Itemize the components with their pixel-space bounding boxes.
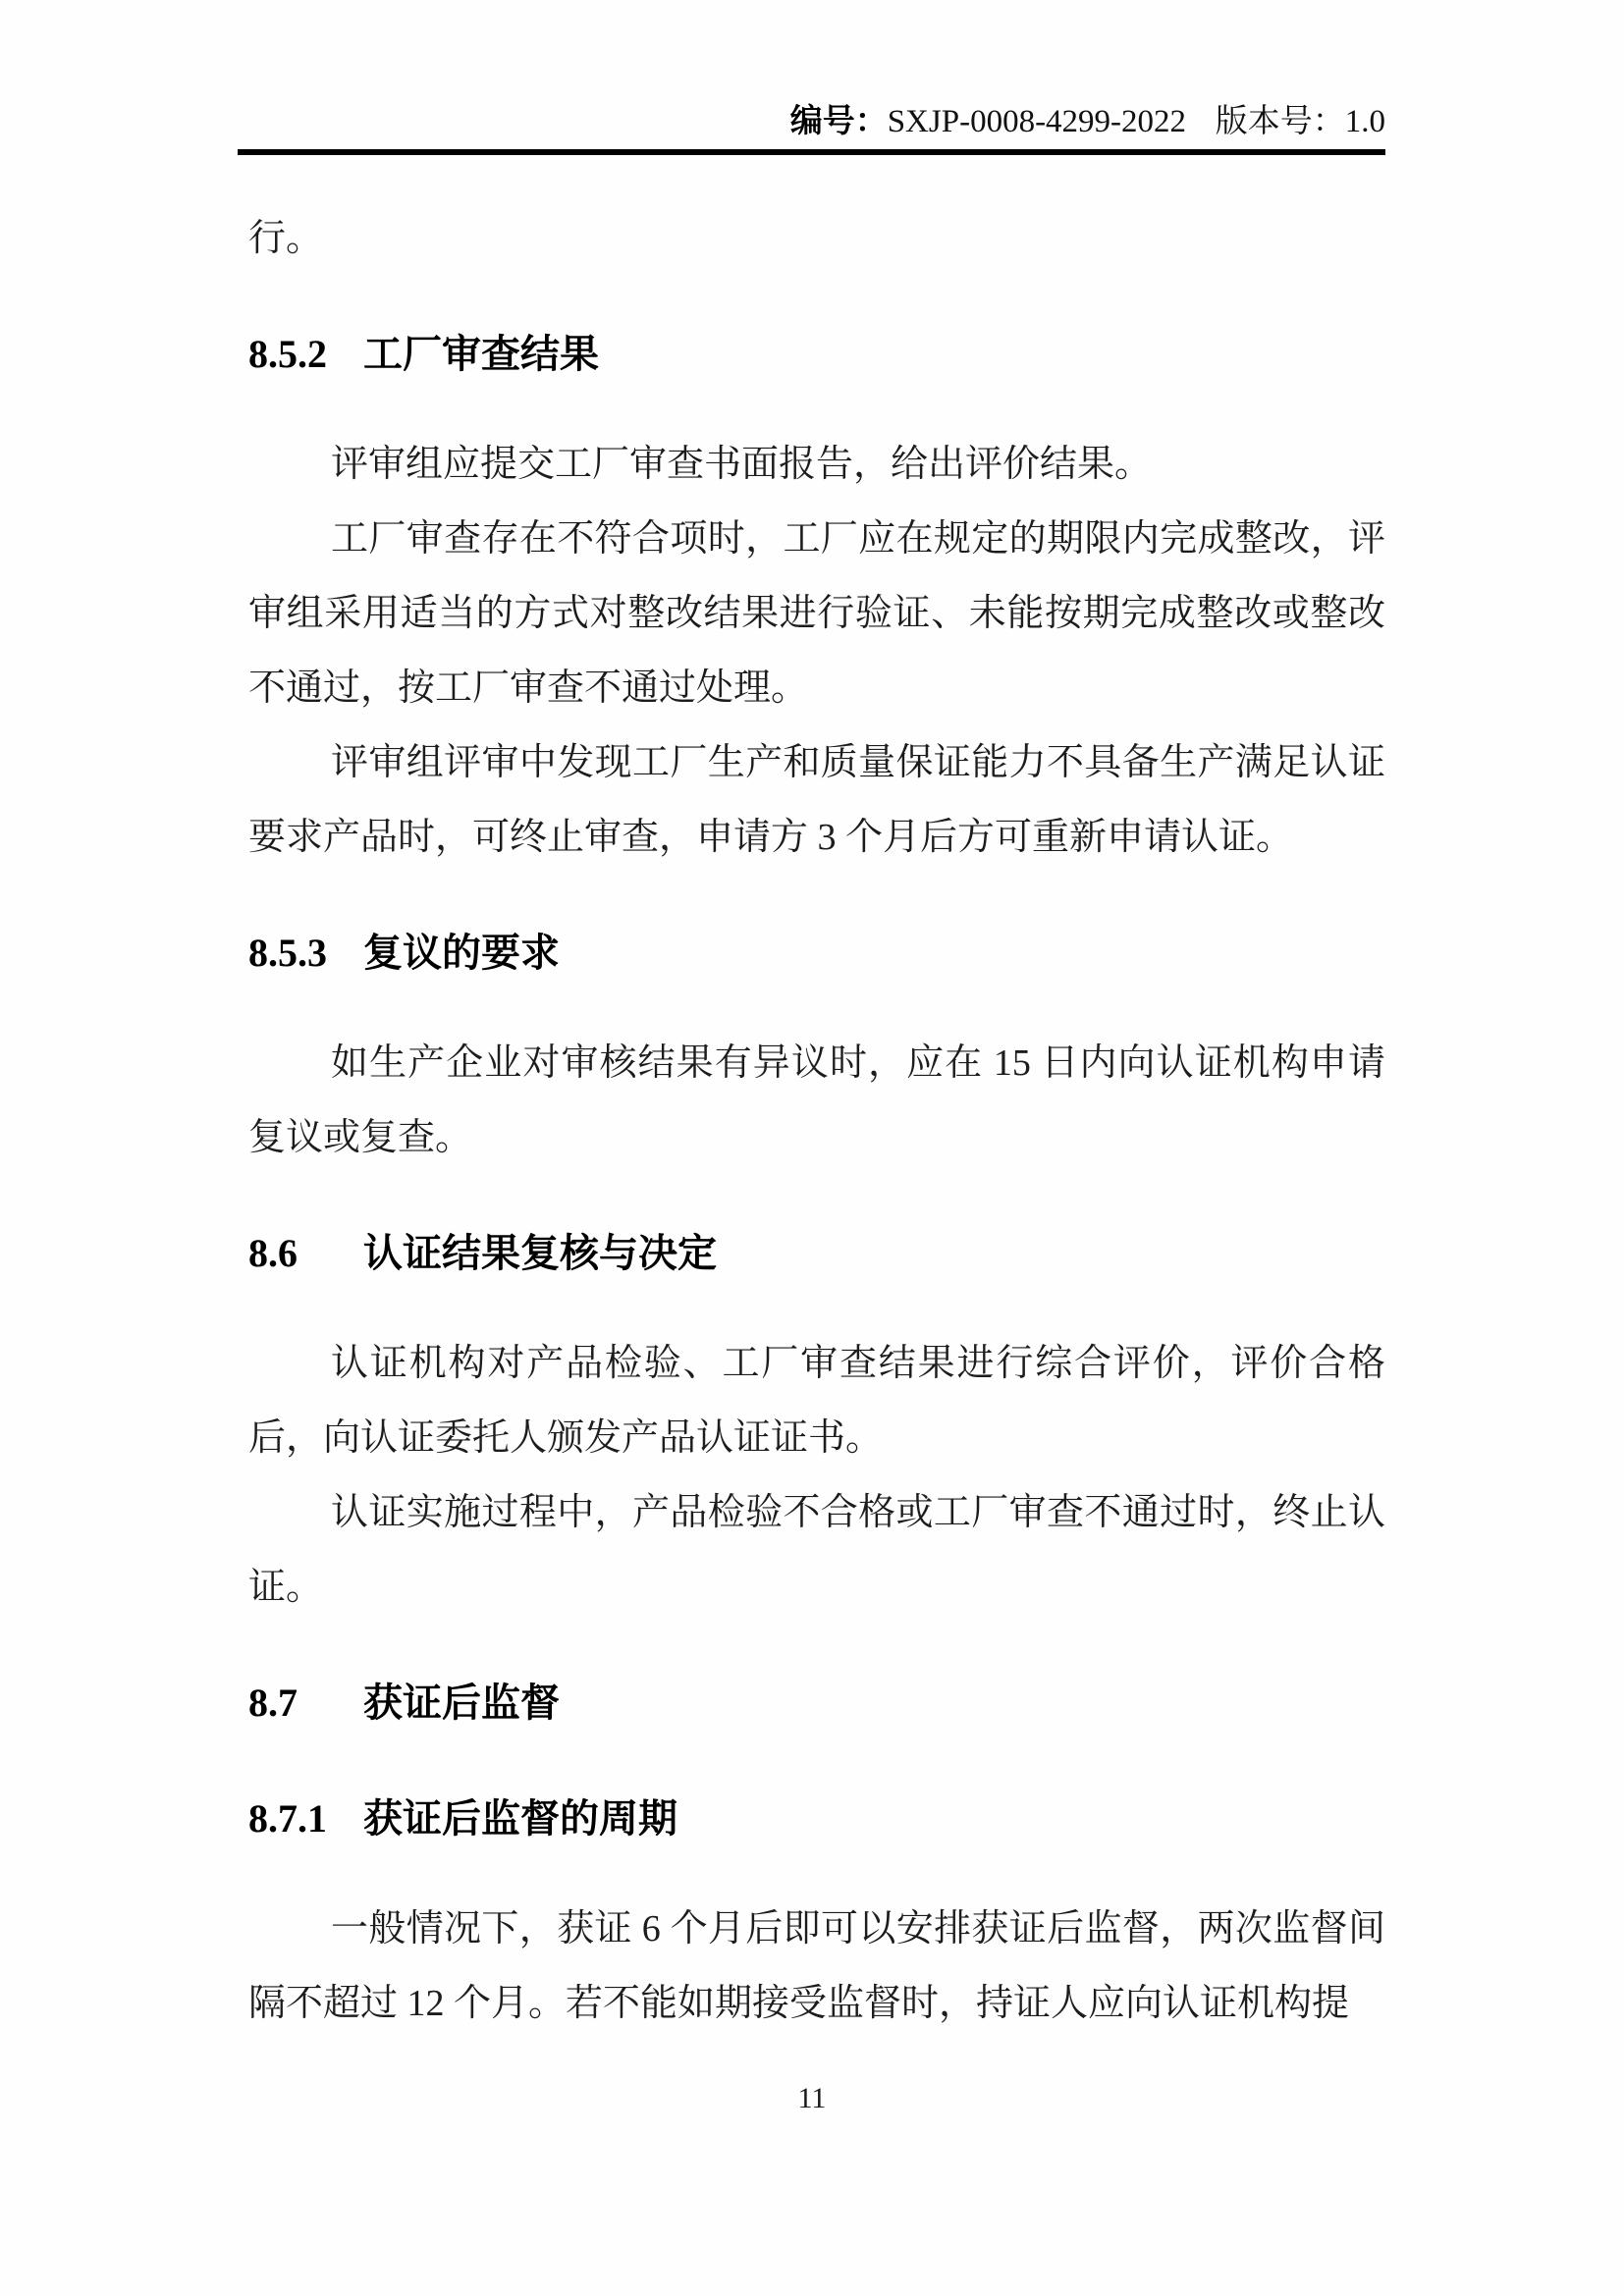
section-heading-8-6: 8.6认证结果复核与决定 [248,1216,1385,1291]
header-divider-rule [238,149,1385,155]
paragraph: 一般情况下，获证 6 个月后即可以安排获证后监督，两次监督间隔不超过 12 个月… [248,1892,1385,2041]
document-body: 行。 8.5.2工厂审查结果 评审组应提交工厂审查书面报告，给出评价结果。 工厂… [248,201,1385,2041]
heading-title: 工厂审查结果 [363,332,599,376]
heading-title: 复议的要求 [363,931,560,975]
heading-number: 8.7.1 [248,1782,363,1856]
heading-number: 8.6 [248,1216,363,1291]
paragraph: 认证机构对产品检验、工厂审查结果进行综合评价，评价合格后，向认证委托人颁发产品认… [248,1326,1385,1475]
heading-number: 8.5.2 [248,317,363,392]
paragraph: 如生产企业对审核结果有异议时，应在 15 日内向认证机构申请复议或复查。 [248,1026,1385,1175]
version-label: 版本号： [1216,104,1345,139]
paragraph: 工厂审查存在不符合项时，工厂应在规定的期限内完成整改，评审组采用适当的方式对整改… [248,502,1385,725]
heading-number: 8.5.3 [248,916,363,990]
version-value: 1.0 [1345,104,1385,139]
document-page: 编号：SXJP-0008-4299-2022版本号：1.0 行。 8.5.2工厂… [0,0,1624,2296]
doc-number-value: SXJP-0008-4299-2022 [888,104,1186,139]
doc-number-label: 编号： [790,104,888,139]
heading-number: 8.7 [248,1666,363,1740]
section-heading-8-7-1: 8.7.1获证后监督的周期 [248,1782,1385,1856]
paragraph: 评审组评审中发现工厂生产和质量保证能力不具备生产满足认证要求产品时，可终止审查，… [248,725,1385,875]
paragraph: 评审组应提交工厂审查书面报告，给出评价结果。 [248,427,1385,502]
page-number: 11 [0,2079,1624,2118]
page-header-meta: 编号：SXJP-0008-4299-2022版本号：1.0 [790,100,1385,143]
paragraph-continuation: 行。 [248,201,1385,276]
heading-title: 获证后监督 [363,1681,560,1725]
section-heading-8-5-3: 8.5.3复议的要求 [248,916,1385,990]
heading-title: 获证后监督的周期 [363,1796,677,1841]
section-heading-8-5-2: 8.5.2工厂审查结果 [248,317,1385,392]
section-heading-8-7: 8.7获证后监督 [248,1666,1385,1740]
paragraph: 认证实施过程中，产品检验不合格或工厂审查不通过时，终止认证。 [248,1475,1385,1625]
heading-title: 认证结果复核与决定 [363,1231,717,1275]
